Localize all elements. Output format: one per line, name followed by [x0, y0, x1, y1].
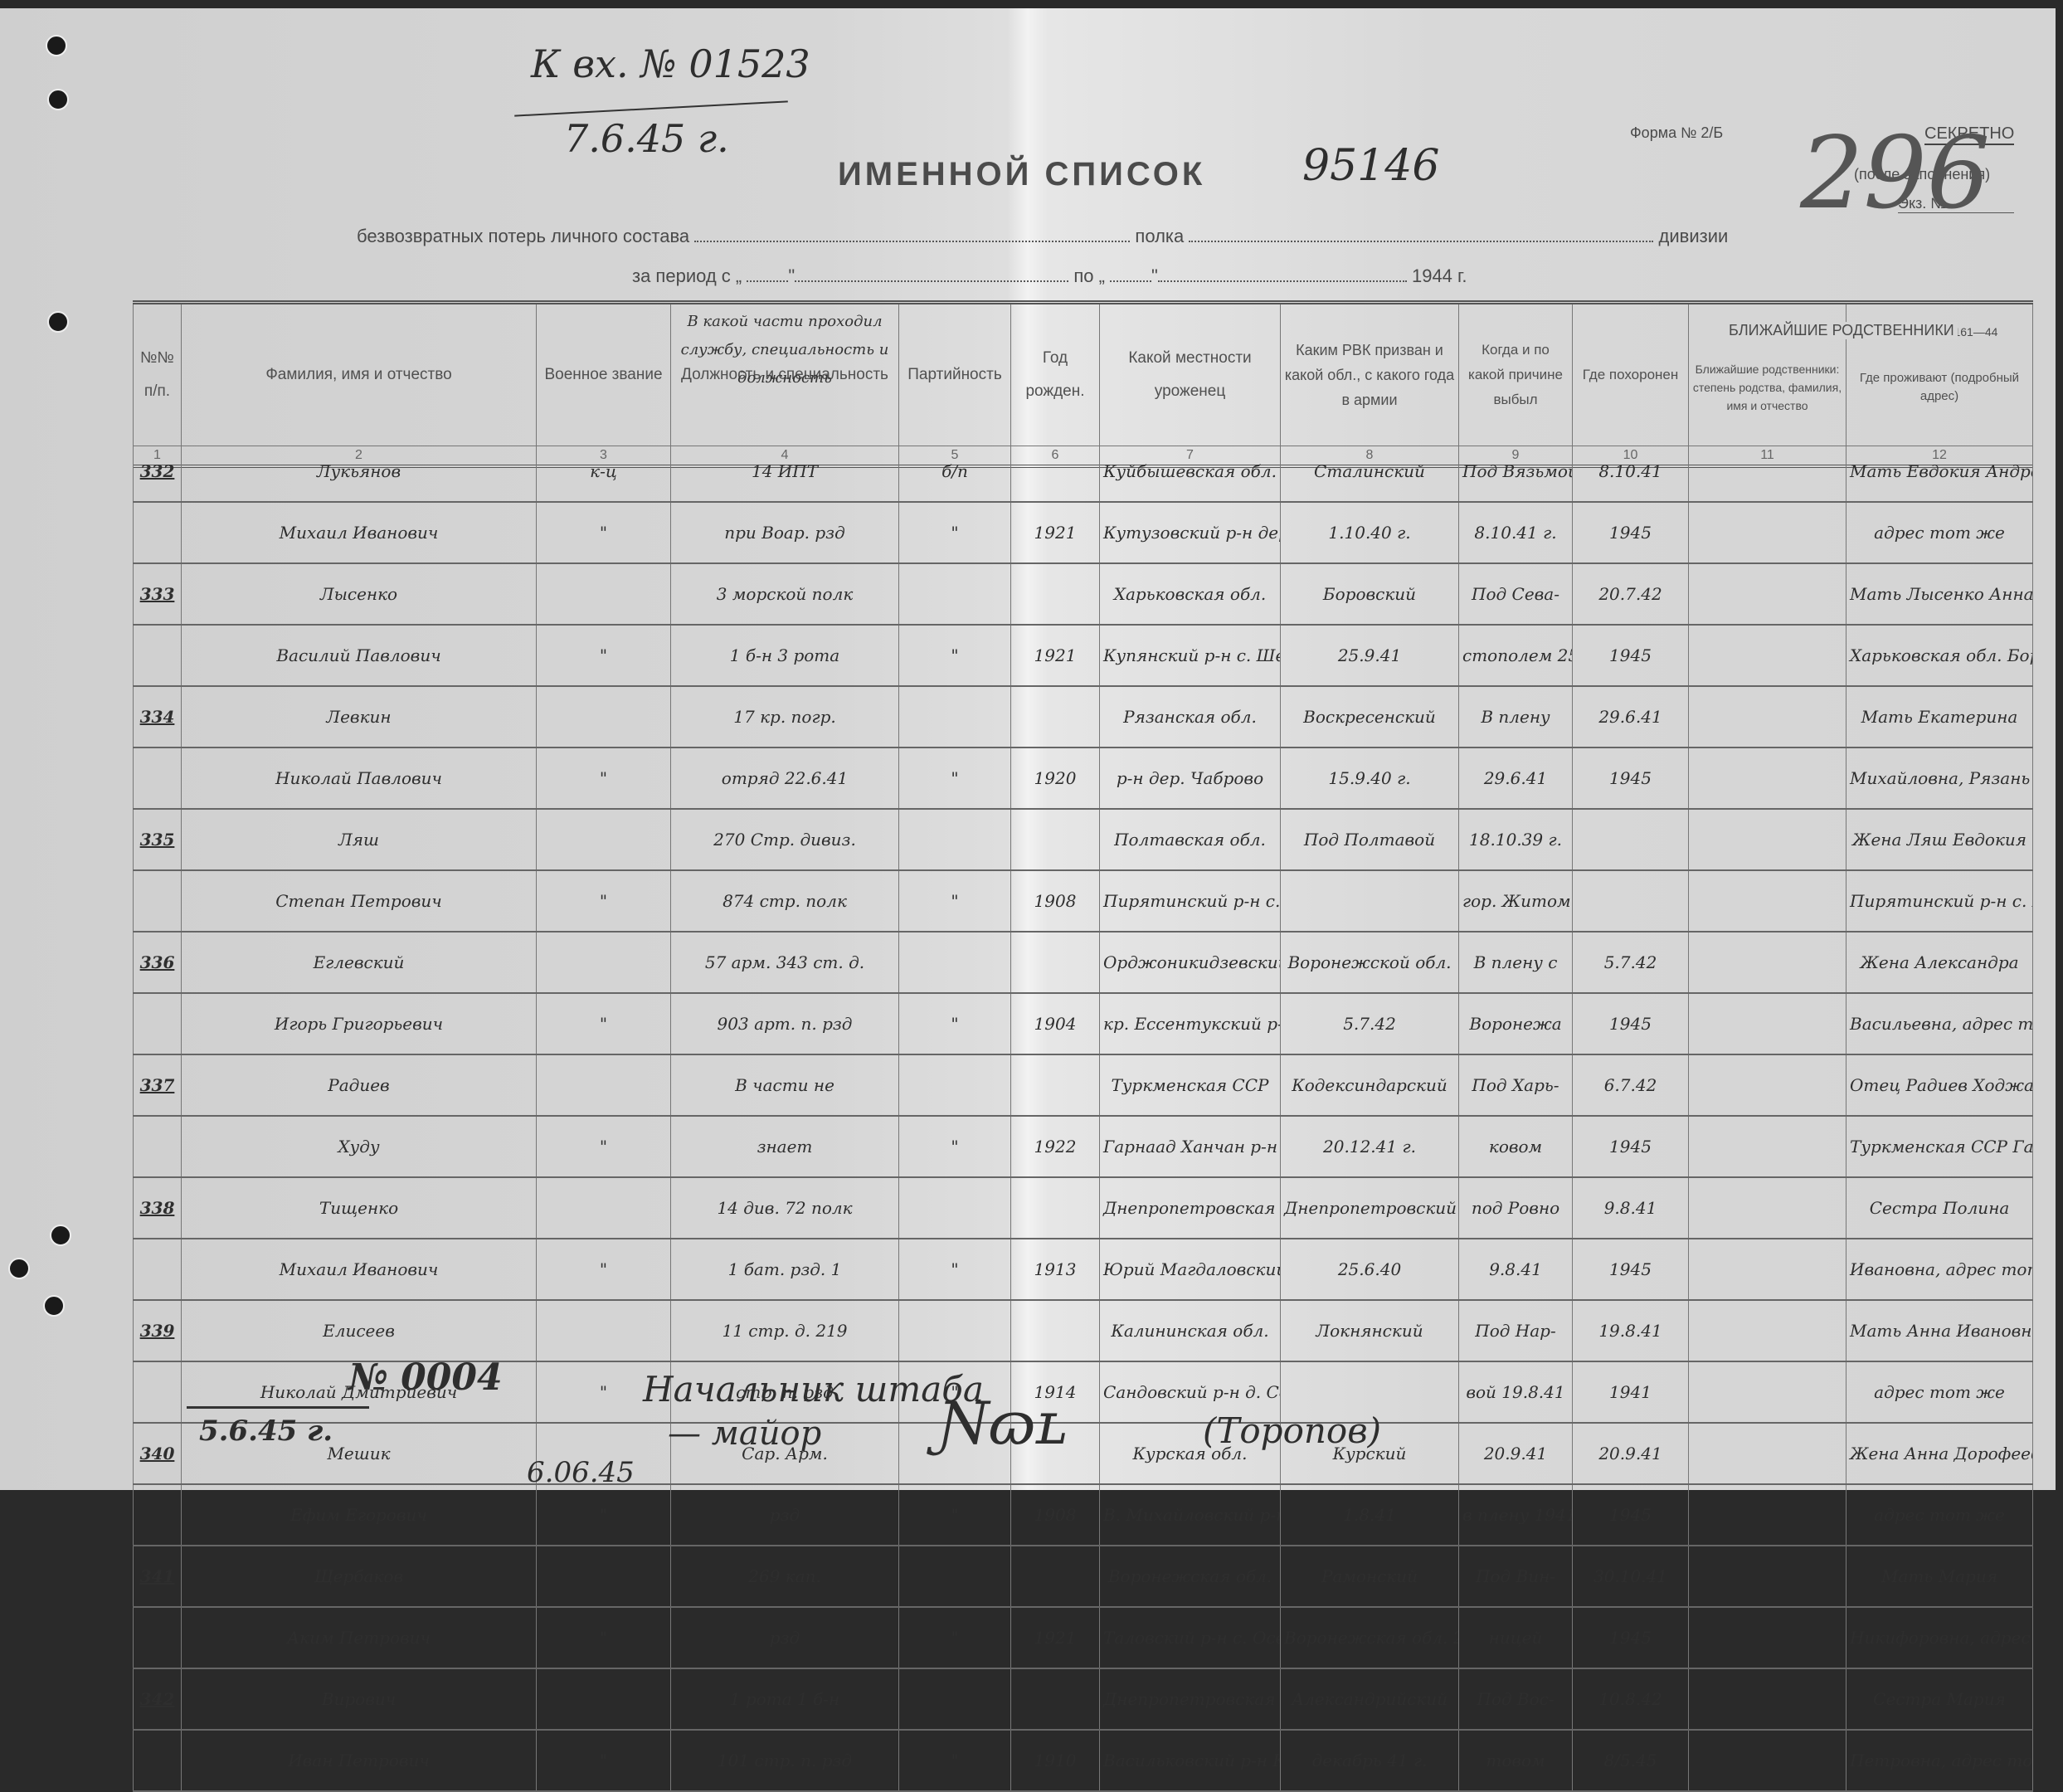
signer-name: (Торопов)	[1203, 1410, 1381, 1451]
cell-unit: рзд	[671, 1484, 899, 1496]
handwritten-date: 7.6.45 г.	[564, 116, 729, 161]
cell-unit: 11 стр. д. 219	[671, 1300, 899, 1361]
punch-hole	[50, 1225, 71, 1246]
cell-full-name: Михаил Иванович	[182, 1239, 537, 1300]
cell-party: "	[899, 993, 1011, 1054]
cell-unit: 903 арт. п. рзд	[671, 993, 899, 1054]
cell-full-name: Василий Павлович	[182, 625, 537, 686]
cell-full-name: Степан Петрович	[182, 870, 537, 932]
cell-full-name: Тищенко	[182, 1177, 537, 1239]
cell-row-number	[134, 993, 182, 1054]
punch-hole	[43, 1295, 65, 1317]
cell-party	[899, 686, 1011, 747]
cell-party: "	[899, 747, 1011, 809]
cell-relative-address: адрес тот же	[1846, 502, 2033, 563]
cell-rank: "	[537, 747, 671, 809]
col-header-rvk: Каким РВК призван и какой обл., с какого…	[1281, 303, 1459, 446]
table-row: Ефим Егорович"рзд"1908В. Михайловский р-…	[134, 1484, 2033, 1496]
cell-when-dropped: ковом	[1459, 1116, 1573, 1177]
cell-party: "	[899, 625, 1011, 686]
cell-rvk: Локнянский	[1281, 1300, 1459, 1361]
table-row: Худу"знает"1922Гарнаад Ханчан р-н с. Бер…	[134, 1116, 2033, 1177]
cell-rank: "	[537, 625, 671, 686]
cell-origin: Орджоникидзевский	[1100, 932, 1281, 993]
relatives-group-header: БЛИЖАЙШИЕ РОДСТВЕННИКИ	[1725, 322, 1958, 339]
table-row: 335Ляш270 Стр. дивиз.Полтавская обл.Под …	[134, 809, 2033, 870]
cell-unit: 1 б-н 3 рота	[671, 625, 899, 686]
cell-party	[899, 1177, 1011, 1239]
cell-relative-name	[1689, 993, 1846, 1054]
cell-relative-name	[1689, 809, 1846, 870]
cell-row-number: 336	[134, 932, 182, 993]
table-row: 336Еглевский57 арм. 343 ст. д.Орджоникид…	[134, 932, 2033, 993]
cell-buried: 1945	[1573, 502, 1689, 563]
cell-party: "	[899, 1239, 1011, 1300]
cell-relative-name	[1689, 1177, 1846, 1239]
casualty-rows: 332Лукьяновк-ц14 ИПТб/пКуйбышевская обл.…	[133, 441, 2033, 1496]
cell-when-dropped: 9.8.41	[1459, 1239, 1573, 1300]
cell-rank	[537, 563, 671, 625]
cell-relative-address: адрес тот же	[1846, 1484, 2033, 1496]
cell-relative-name	[1689, 686, 1846, 747]
cell-row-number: 335	[134, 809, 182, 870]
cell-origin: Пирятинский р-н с. Гонцы	[1100, 870, 1281, 932]
stamp-date: 5.6.45 г.	[199, 1415, 333, 1448]
cell-full-name: Радиев	[182, 1054, 537, 1116]
cell-birth-year	[1011, 809, 1100, 870]
cell-relative-name	[1689, 502, 1846, 563]
cell-full-name: Лысенко	[182, 563, 537, 625]
cell-when-dropped: 20.9.41	[1459, 1423, 1573, 1484]
cell-origin: Харьковская обл.	[1100, 563, 1281, 625]
cell-when-dropped: 18.10.39 г.	[1459, 809, 1573, 870]
cell-origin: Кутузовский р-н дер. Дмитриевка	[1100, 502, 1281, 563]
cell-party	[899, 1054, 1011, 1116]
cell-row-number: 338	[134, 1177, 182, 1239]
cell-rvk: 15.9.40 г.	[1281, 747, 1459, 809]
cell-relative-name	[1689, 1239, 1846, 1300]
cell-unit: 14 див. 72 полк	[671, 1177, 899, 1239]
cell-buried: 1941	[1573, 1361, 1689, 1423]
table-row: Степан Петрович"874 стр. полк"1908Пиряти…	[134, 870, 2033, 932]
cell-row-number	[134, 1239, 182, 1300]
punch-hole	[47, 89, 69, 110]
cell-row-number: 339	[134, 1300, 182, 1361]
cell-birth-year: 1908	[1011, 870, 1100, 932]
cell-unit: 14 ИПТ	[671, 441, 899, 502]
cell-rank	[537, 809, 671, 870]
table-row: Василий Павлович"1 б-н 3 рота"1921Купянс…	[134, 625, 2033, 686]
col-header-origin: Какой местности уроженец	[1100, 303, 1281, 446]
cell-relative-name	[1689, 870, 1846, 932]
cell-birth-year: 1920	[1011, 747, 1100, 809]
cell-full-name: Левкин	[182, 686, 537, 747]
cell-full-name: Еглевский	[182, 932, 537, 993]
cell-birth-year	[1011, 1054, 1100, 1116]
cell-birth-year: 1913	[1011, 1239, 1100, 1300]
cell-party	[899, 1300, 1011, 1361]
cell-buried: 5.7.42	[1573, 932, 1689, 993]
cell-buried: 1945	[1573, 747, 1689, 809]
cell-row-number	[134, 1116, 182, 1177]
punch-hole	[47, 311, 69, 333]
table-row: 333Лысенко3 морской полкХарьковская обл.…	[134, 563, 2033, 625]
cell-origin: В. Михайловский р-н с. Богородское	[1100, 1484, 1281, 1496]
signer-rank: — майор	[668, 1415, 821, 1453]
subtitle-text: безвозвратных потерь личного состава	[357, 226, 689, 246]
cell-rvk	[1281, 870, 1459, 932]
cell-birth-year: 1921	[1011, 625, 1100, 686]
cell-birth-year: 1904	[1011, 993, 1100, 1054]
cell-party: "	[899, 870, 1011, 932]
cell-buried: 9.8.41	[1573, 1177, 1689, 1239]
cell-relative-address: Сестра Полина	[1846, 1177, 2033, 1239]
cell-origin: Купянский р-н с. Шейки	[1100, 625, 1281, 686]
cell-relative-address: Мать Евдокия Андреевна	[1846, 441, 2033, 502]
table-row: 334Левкин17 кр. погр.Рязанская обл.Воскр…	[134, 686, 2033, 747]
cell-birth-year: 1921	[1011, 502, 1100, 563]
cell-relative-name	[1689, 1116, 1846, 1177]
cell-full-name: Ефим Егорович	[182, 1484, 537, 1496]
cell-buried: 6.7.42	[1573, 1054, 1689, 1116]
cell-row-number: 334	[134, 686, 182, 747]
cell-relative-name	[1689, 563, 1846, 625]
cell-rvk: 5.7.42	[1281, 993, 1459, 1054]
cell-rank	[537, 1054, 671, 1116]
cell-birth-year	[1011, 1177, 1100, 1239]
cell-rank: "	[537, 1239, 671, 1300]
cell-unit: 17 кр. погр.	[671, 686, 899, 747]
cell-row-number	[134, 870, 182, 932]
cell-party	[899, 563, 1011, 625]
cell-when-dropped: 8.10.41 г.	[1459, 502, 1573, 563]
cell-buried: 20.7.42	[1573, 563, 1689, 625]
cell-origin: Юрий Магдаловский р-н с. Суриковка	[1100, 1239, 1281, 1300]
cell-when-dropped: под Ровно	[1459, 1177, 1573, 1239]
cell-relative-address: Михайловна, Рязань	[1846, 747, 2033, 809]
cell-rank	[537, 932, 671, 993]
cell-buried	[1573, 870, 1689, 932]
cell-birth-year	[1011, 1300, 1100, 1361]
cell-unit: 874 стр. полк	[671, 870, 899, 932]
cell-buried: 1945	[1573, 993, 1689, 1054]
cell-buried	[1573, 809, 1689, 870]
col-header-buried: Где похоронен	[1573, 303, 1689, 446]
cell-unit: 1 бат. рзд. 1	[671, 1239, 899, 1300]
cell-rank: "	[537, 1116, 671, 1177]
cell-party: "	[899, 502, 1011, 563]
cell-when-dropped: гор. Житомир, Новоселица	[1459, 870, 1573, 932]
cell-party	[899, 809, 1011, 870]
cell-birth-year	[1011, 686, 1100, 747]
cell-relative-name	[1689, 747, 1846, 809]
cell-party: б/п	[899, 441, 1011, 502]
cell-buried: 1945	[1573, 625, 1689, 686]
cell-full-name: Худу	[182, 1116, 537, 1177]
col-header-when: Когда и по какой причине выбыл	[1459, 303, 1573, 446]
cell-relative-name	[1689, 441, 1846, 502]
cell-rvk: 1.10.40 г.	[1281, 502, 1459, 563]
punch-hole	[8, 1258, 30, 1279]
cell-rank	[537, 1177, 671, 1239]
cell-relative-address: адрес тот же	[1846, 1361, 2033, 1423]
table-row: 339Елисеев11 стр. д. 219Калининская обл.…	[134, 1300, 2033, 1361]
period-year: 1944 г.	[1412, 265, 1467, 286]
cell-relative-address: Ивановна, адрес тот же	[1846, 1239, 2033, 1300]
cell-buried: 1945	[1573, 1116, 1689, 1177]
cell-buried: 29.6.41	[1573, 686, 1689, 747]
cell-relative-name	[1689, 1361, 1846, 1423]
subtitle: безвозвратных потерь личного состава пол…	[357, 226, 1728, 247]
cell-rank: "	[537, 993, 671, 1054]
period-to-label: по „	[1073, 265, 1105, 286]
cell-rank	[537, 686, 671, 747]
cell-birth-year	[1011, 563, 1100, 625]
cell-relative-name	[1689, 932, 1846, 993]
cell-rvk: Воронежской обл.	[1281, 932, 1459, 993]
table-row: Михаил Иванович"при Воар. рзд"1921Кутузо…	[134, 502, 2033, 563]
cell-origin: р-н дер. Чаброво	[1100, 747, 1281, 809]
cell-unit: при Воар. рзд	[671, 502, 899, 563]
cell-rvk: Под Полтавой	[1281, 809, 1459, 870]
cell-rank: к-ц	[537, 441, 671, 502]
cell-when-dropped: Под Сева-	[1459, 563, 1573, 625]
cell-when-dropped: Под Вязьмой	[1459, 441, 1573, 502]
cell-rvk: 1.8.41	[1281, 1484, 1459, 1496]
cell-rvk: Воскресенский	[1281, 686, 1459, 747]
cell-birth-year	[1011, 932, 1100, 993]
cell-origin: Калининская обл.	[1100, 1300, 1281, 1361]
cell-rvk: 20.12.41 г.	[1281, 1116, 1459, 1177]
cell-full-name: Николай Павлович	[182, 747, 537, 809]
cell-when-dropped: Под Нар-	[1459, 1300, 1573, 1361]
stamp-number: № 0004	[348, 1356, 503, 1399]
signature: Ɲɷʟ	[937, 1390, 1068, 1458]
cell-when-dropped: вой 19.8.41	[1459, 1361, 1573, 1423]
cell-row-number: 340	[134, 1423, 182, 1484]
table-row: Николай Павлович"отряд 22.6.41"1920р-н д…	[134, 747, 2033, 809]
cell-relative-name	[1689, 1300, 1846, 1361]
regiment-label: полка	[1135, 226, 1184, 246]
cell-when-dropped: В плену	[1459, 686, 1573, 747]
cell-origin: кр. Ессентукский р-н ст. Новотроицкая	[1100, 993, 1281, 1054]
cell-row-number: 332	[134, 441, 182, 502]
cell-rvk: 25.9.41	[1281, 625, 1459, 686]
cell-relative-name	[1689, 1423, 1846, 1484]
cell-origin: Полтавская обл.	[1100, 809, 1281, 870]
cell-buried: 19.8.41	[1573, 1300, 1689, 1361]
cell-full-name: Михаил Иванович	[182, 502, 537, 563]
cell-origin: Рязанская обл.	[1100, 686, 1281, 747]
cell-when-dropped: 29.6.41	[1459, 747, 1573, 809]
table-row: 340МешикСар. Арм.Курская обл.Курский20.9…	[134, 1423, 2033, 1484]
cell-row-number	[134, 1361, 182, 1423]
handwritten-register-number: 95146	[1302, 141, 1439, 191]
handwritten-page-number: 296	[1800, 116, 1990, 231]
cell-relative-name	[1689, 1484, 1846, 1496]
document-sheet: К вх. № 01523 7.6.45 г. ИМЕННОЙ СПИСОК Ф…	[0, 8, 2056, 1490]
table-row: Михаил Иванович"1 бат. рзд. 1"1913Юрий М…	[134, 1239, 2033, 1300]
cell-relative-address: Мать Лысенко Анна	[1846, 563, 2033, 625]
cell-rvk: Днепропетровский	[1281, 1177, 1459, 1239]
cell-full-name: Ляш	[182, 809, 537, 870]
cell-unit: знает	[671, 1116, 899, 1177]
col-header-name: Фамилия, имя и отчество	[182, 303, 537, 446]
cell-origin: Туркменская ССР	[1100, 1054, 1281, 1116]
cell-when-dropped: в плену 1941	[1459, 1484, 1573, 1496]
cell-origin: Куйбышевская обл.	[1100, 441, 1281, 502]
cell-relative-address: Жена Александра	[1846, 932, 2033, 993]
cell-birth-year: 1908	[1011, 1484, 1100, 1496]
cell-buried: 8.10.41	[1573, 441, 1689, 502]
cell-row-number: 337	[134, 1054, 182, 1116]
col-header-buried-text: Где похоронен	[1583, 367, 1679, 382]
cell-relative-address: Жена Ляш Евдокия	[1846, 809, 2033, 870]
form-number: Форма № 2/Б	[1630, 124, 1723, 142]
col-header-rank: Военное звание	[537, 303, 671, 446]
cell-relative-name	[1689, 1054, 1846, 1116]
cell-unit: 57 арм. 343 ст. д.	[671, 932, 899, 993]
cell-unit: В части не	[671, 1054, 899, 1116]
cell-origin: Гарнаад Ханчан р-н с. Берешир	[1100, 1116, 1281, 1177]
handwritten-reference: К вх. № 01523	[531, 41, 810, 86]
cell-relative-address: Жена Анна Дорофеевна	[1846, 1423, 2033, 1484]
cell-origin: Днепропетровская обл.	[1100, 1177, 1281, 1239]
cell-relative-address: Пирятинский р-н с. Мартыновка	[1846, 870, 2033, 932]
col-header-number: №№ п/п.	[134, 303, 182, 446]
cell-full-name: Елисеев	[182, 1300, 537, 1361]
period-from-label: за период с „	[632, 265, 742, 286]
col-header-when-text: Когда и по какой причине выбыл	[1468, 342, 1563, 407]
cell-relative-name	[1689, 625, 1846, 686]
date-below: 6.06.45	[527, 1456, 635, 1489]
cell-unit: отряд 22.6.41	[671, 747, 899, 809]
col-header-birth-year: Год рожден.	[1011, 303, 1100, 446]
table-row: Игорь Григорьевич"903 арт. п. рзд"1904кр…	[134, 993, 2033, 1054]
cell-buried: 20.9.41	[1573, 1423, 1689, 1484]
col-header-position-handwritten: В какой части проходил службу, специальн…	[671, 308, 898, 392]
period-line: за период с „ " по „ " 1944 г.	[632, 265, 1467, 287]
division-label: дивизии	[1659, 226, 1729, 246]
cell-rvk: 25.6.40	[1281, 1239, 1459, 1300]
cell-rvk: Сталинский	[1281, 441, 1459, 502]
cell-row-number	[134, 1484, 182, 1496]
cell-full-name: Лукьянов	[182, 441, 537, 502]
cell-unit: 3 морской полк	[671, 563, 899, 625]
cell-when-dropped: стополем 25.7.42	[1459, 625, 1573, 686]
cell-rank: "	[537, 870, 671, 932]
cell-party: "	[899, 1484, 1011, 1496]
cell-rank: "	[537, 502, 671, 563]
cell-party	[899, 932, 1011, 993]
cell-when-dropped: Воронежа	[1459, 993, 1573, 1054]
cell-buried: 1945	[1573, 1239, 1689, 1300]
cell-relative-address: Отец Радиев Ходжа	[1846, 1054, 2033, 1116]
cell-full-name: Игорь Григорьевич	[182, 993, 537, 1054]
table-row: 337РадиевВ части неТуркменская ССРКодекс…	[134, 1054, 2033, 1116]
stamp-underline	[187, 1406, 369, 1409]
table-row: 338Тищенко14 див. 72 полкДнепропетровска…	[134, 1177, 2033, 1239]
signer-title: Начальник штаба	[643, 1369, 984, 1410]
cell-birth-year	[1011, 441, 1100, 502]
page-title: ИМЕННОЙ СПИСОК	[838, 156, 1205, 193]
cell-relative-address: Васильевна, адрес тот же	[1846, 993, 2033, 1054]
cell-when-dropped: Под Харь-	[1459, 1054, 1573, 1116]
table-row: 332Лукьяновк-ц14 ИПТб/пКуйбышевская обл.…	[134, 441, 2033, 502]
cell-row-number	[134, 625, 182, 686]
cell-row-number	[134, 747, 182, 809]
cell-rvk: Боровский	[1281, 563, 1459, 625]
cell-unit: 270 Стр. дивиз.	[671, 809, 899, 870]
cell-row-number: 333	[134, 563, 182, 625]
cell-rvk: Кодексиндарский	[1281, 1054, 1459, 1116]
punch-hole	[46, 35, 67, 56]
reference-underline	[514, 100, 788, 116]
col-header-party: Партийность	[899, 303, 1011, 446]
cell-buried: 1945	[1573, 1484, 1689, 1496]
col-header-position: Должность и специальностьВ какой части п…	[671, 303, 899, 446]
cell-relative-address: Туркменская ССР Гарнаад с. Берешир	[1846, 1116, 2033, 1177]
cell-party: "	[899, 1116, 1011, 1177]
cell-when-dropped: В плену с	[1459, 932, 1573, 993]
cell-birth-year: 1922	[1011, 1116, 1100, 1177]
cell-row-number	[134, 502, 182, 563]
cell-relative-address: Харьковская обл. Боровский р-н с. Фёдоро…	[1846, 625, 2033, 686]
cell-relative-address: Мать Анна Ивановна	[1846, 1300, 2033, 1361]
cell-rank	[537, 1300, 671, 1361]
cell-relative-address: Мать Екатерина	[1846, 686, 2033, 747]
